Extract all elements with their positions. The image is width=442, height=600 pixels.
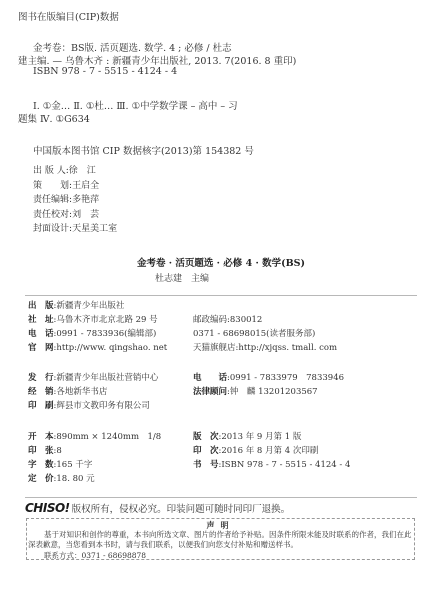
staff-cover-design: 封面设计:天星美工室: [33, 222, 117, 237]
words-row: 字 数:165 千字: [28, 458, 92, 470]
reader-phone-row: 0371 - 68698015(读者服务部): [193, 327, 315, 339]
cip-core-data: 中国版本图书馆 CIP 数据核字(2013)第 154382 号: [33, 143, 254, 157]
legal-row: 法律顾问:钟 麟 13201203567: [193, 385, 318, 397]
divider-top: [25, 295, 417, 296]
format-row: 开 本:890mm × 1240mm 1/8: [28, 430, 161, 442]
staff-planner: 策 划:王启全: [33, 179, 117, 194]
edition-row: 版 次:2013 年 9 月第 1 版: [193, 430, 301, 442]
issue-phone-row: 电 话:0991 - 7833979 7833946: [193, 371, 344, 383]
cip-subject-line-2: 题集 Ⅳ. ①G634: [18, 111, 90, 125]
divider-bottom: [25, 497, 417, 498]
website-row: 官 网:http://www. qingshao. net: [28, 341, 167, 353]
sales-row: 经 销:各地新华书店: [28, 385, 107, 397]
tmall-row: 天猫旗舰店:http://xjqss. tmall. com: [193, 341, 337, 353]
book-editor: 杜志建 主编: [155, 271, 209, 284]
chiso-logo: CHISO!: [25, 501, 70, 515]
cip-heading: 图书在版编目(CIP)数据: [18, 9, 119, 23]
sheets-row: 印 张:8: [28, 444, 62, 456]
notice-contact: 联系方式：0371 - 68698878: [44, 550, 146, 561]
cip-isbn: ISBN 978 - 7 - 5515 - 4124 - 4: [33, 66, 177, 77]
printer-row: 印 刷:辉县市文教印务有限公司: [28, 399, 150, 411]
postcode-row: 邮政编码:830012: [193, 313, 262, 325]
cip-subject-line-1: Ⅰ. ①金… Ⅱ. ①杜… Ⅲ. ①中学数学课 – 高中 – 习: [33, 98, 238, 112]
copyright-text: 版权所有，侵权必究。印装问题可随时同印厂退换。: [72, 504, 291, 515]
tmall-link[interactable]: http://xjqss. tmall. com: [238, 343, 337, 353]
notice-box: 声明 基于对知识和创作的尊重，本书向所选文章、图片的作者给予补贴。因条件所限未能…: [26, 518, 415, 560]
issue-row: 发 行:新疆青少年出版社营销中心: [28, 371, 158, 383]
publisher-row: 出 版:新疆青少年出版社: [28, 299, 124, 311]
cip-record-line-1: 金考卷：BS版. 活页题选. 数学. 4 ; 必修 / 杜志: [33, 40, 232, 54]
staff-editor: 责任编辑:多艳萍: [33, 193, 117, 208]
notice-body: 基于对知识和创作的尊重，本书向所选文章、图片的作者给予补贴。因条件所限未能及时联…: [28, 530, 413, 550]
printing-row: 印 次:2016 年 8 月第 4 次印刷: [193, 444, 318, 456]
book-title: 金考卷 · 活页题选 · 必修 4 · 数学(BS): [0, 255, 442, 269]
staff-publisher: 出 版 人:徐 江: [33, 164, 117, 179]
price-row: 定 价:18. 80 元: [28, 472, 95, 484]
website-link[interactable]: http://www. qingshao. net: [56, 343, 167, 353]
address-row: 社 址:乌鲁木齐市北京北路 29 号: [28, 313, 158, 325]
staff-proofreader: 责任校对:刘 芸: [33, 208, 117, 223]
cip-record-line-2: 建主编. — 乌鲁木齐 : 新疆青少年出版社, 2013. 7(2016. 8 …: [18, 53, 296, 67]
phone-row: 电 话:0991 - 7833936(编辑部): [28, 327, 156, 339]
book-number-row: 书 号:ISBN 978 - 7 - 5515 - 4124 - 4: [193, 458, 350, 470]
copyright-line: CHISO!版权所有，侵权必究。印装问题可随时同印厂退换。: [25, 501, 290, 515]
staff-list: 出 版 人:徐 江 策 划:王启全 责任编辑:多艳萍 责任校对:刘 芸 封面设计…: [33, 164, 117, 237]
